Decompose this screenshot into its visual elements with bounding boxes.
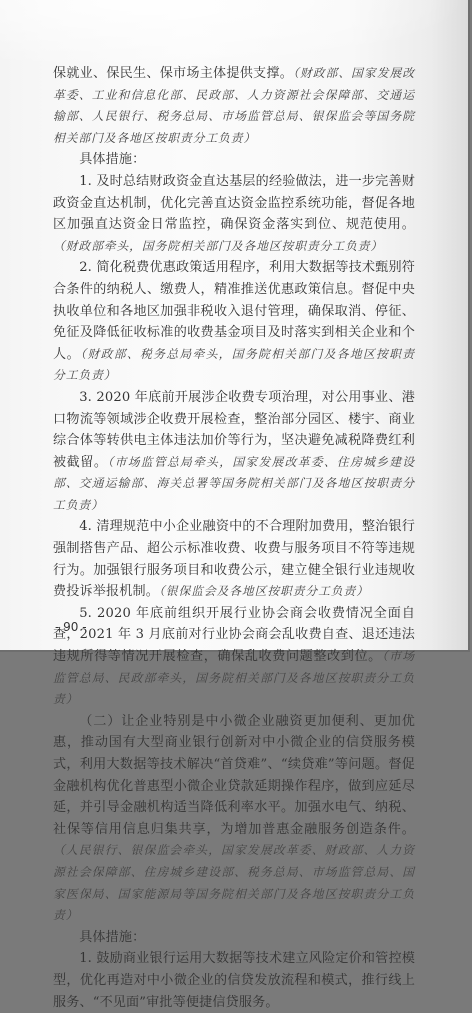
responsibility-note: （财政部牵头，国务院相关部门及各地区按职责分工负责）	[53, 239, 383, 253]
measure-item-4: 4. 清理规范中小企业融资中的不合理附加费用，整治银行强制搭售产品、超公示标准收…	[53, 516, 415, 602]
measure-item-3: 3. 2020 年底前开展涉企收费专项治理，对公用事业、港口物流等领域涉企收费开…	[53, 387, 415, 517]
paragraph-continuation: 保就业、保民生、保市场主体提供支撑。（财政部、国家发展改革委、工业和信息化部、民…	[53, 63, 415, 149]
responsibility-note: （市场监管总局牵头，国家发展改革委、住房城乡建设部、交通运输部、海关总署等国务院…	[53, 455, 415, 512]
paragraph-text: 5. 2020 年底前组织开展行业协会商会收费情况全面自查，2021 年 3 月…	[53, 606, 415, 653]
responsibility-note: （财政部、税务总局牵头，国务院相关部门及各地区按职责分工负责）	[53, 347, 415, 383]
responsibility-note: （银保监会及各地区按职责分工负责）	[159, 584, 369, 598]
section-heading-measures: 具体措施：	[53, 149, 415, 171]
paragraph-text: 1. 及时总结财政资金直达基层的经验做法，进一步完善财政资金直达机制，优化完善直…	[53, 174, 415, 232]
document-body: 保就业、保民生、保市场主体提供支撑。（财政部、国家发展改革委、工业和信息化部、民…	[53, 63, 415, 653]
document-page: 保就业、保民生、保市场主体提供支撑。（财政部、国家发展改革委、工业和信息化部、民…	[0, 0, 470, 652]
measure-item-1: 1. 及时总结财政资金直达基层的经验做法，进一步完善财政资金直达机制，优化完善直…	[53, 171, 415, 257]
measure-item-5: 5. 2020 年底前组织开展行业协会商会收费情况全面自查，2021 年 3 月…	[53, 603, 415, 653]
measure-item-2: 2. 简化税费优惠政策适用程序，利用大数据等技术甄别符合条件的纳税人、缴费人，精…	[53, 257, 415, 387]
paragraph-text: 保就业、保民生、保市场主体提供支撑。	[53, 66, 293, 81]
page-number: - 90 -	[55, 620, 87, 634]
paragraph-text: 具体措施：	[79, 152, 145, 167]
